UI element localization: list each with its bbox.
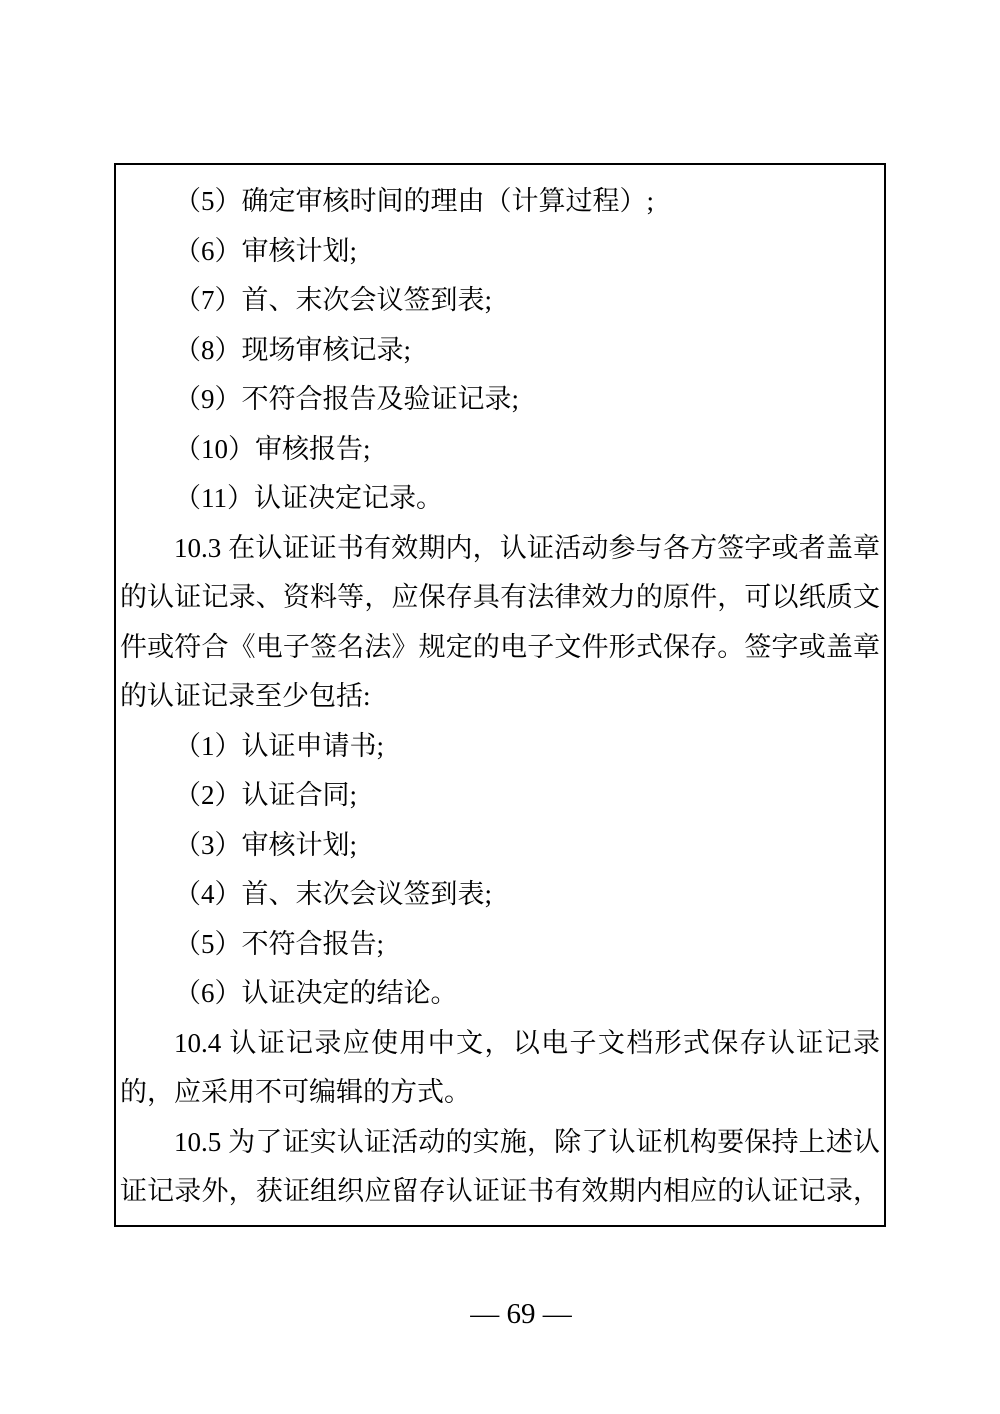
text-line: （1）认证申请书; [120,722,880,772]
text-line: （6）认证决定的结论。 [120,969,880,1019]
text-line: （10）审核报告; [120,425,880,475]
text-line: 件或符合《电子签名法》规定的电子文件形式保存。签字或盖章 [120,623,880,673]
text-line: 10.5 为了证实认证活动的实施，除了认证机构要保持上述认 [120,1118,880,1168]
text-line: 证记录外，获证组织应留存认证证书有效期内相应的认证记录， [120,1167,880,1217]
text-line: （2）认证合同; [120,771,880,821]
text-line: （11）认证决定记录。 [120,474,880,524]
text-line: 10.4 认证记录应使用中文，以电子文档形式保存认证记录 [120,1019,880,1069]
text-line: （3）审核计划; [120,821,880,871]
page-number: — 69 — [470,1298,572,1330]
text-line: （9）不符合报告及验证记录; [120,375,880,425]
document-page: （5）确定审核时间的理由（计算过程）; （6）审核计划; （7）首、末次会议签到… [0,0,1000,1414]
text-line: （8）现场审核记录; [120,326,880,376]
text-line: （6）审核计划; [120,227,880,277]
text-line: 的认证记录至少包括: [120,672,880,722]
text-line: （7）首、末次会议签到表; [120,276,880,326]
bordered-text-frame: （5）确定审核时间的理由（计算过程）; （6）审核计划; （7）首、末次会议签到… [114,163,886,1227]
page-footer: — 69 — [0,1294,1000,1334]
text-line: （5）确定审核时间的理由（计算过程）; [120,177,880,227]
text-line: 10.3 在认证证书有效期内，认证活动参与各方签字或者盖章 [120,524,880,574]
text-line: 的认证记录、资料等，应保存具有法律效力的原件，可以纸质文 [120,573,880,623]
text-line: 的，应采用不可编辑的方式。 [120,1068,880,1118]
text-line: （4）首、末次会议签到表; [120,870,880,920]
text-line: （5）不符合报告; [120,920,880,970]
